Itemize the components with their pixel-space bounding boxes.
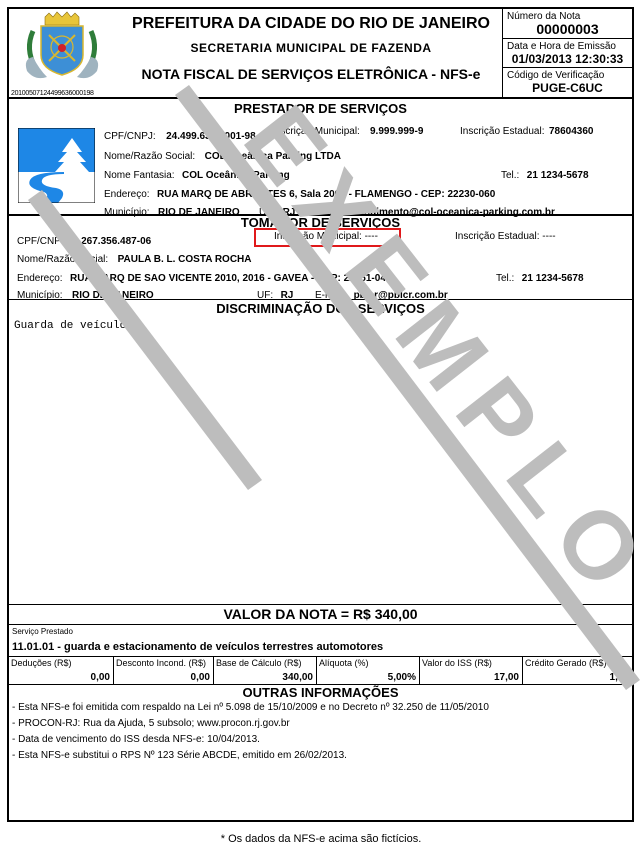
other-info-section-title: OUTRAS INFORMAÇÕES xyxy=(9,685,632,700)
provider-trade-name-label: Nome Fantasia: xyxy=(104,170,175,181)
services-description: Guarda de veículos. xyxy=(14,320,139,332)
tree-river-logo-icon xyxy=(18,128,95,203)
taker-address-label: Endereço: xyxy=(17,273,63,284)
taker-row-2: Nome/Razão Social: PAULA B. L. COSTA ROC… xyxy=(17,249,252,267)
tax-cell-value: 340,00 xyxy=(282,672,313,683)
verification-code-box: Código de Verificação PUGE-C6UC xyxy=(503,68,632,97)
provider-cnpj-label: CPF/CNPJ: xyxy=(104,131,156,142)
provider-state-reg-label: Inscrição Estadual: xyxy=(460,126,545,137)
rio-coat-of-arms-icon xyxy=(19,11,105,87)
tax-cell: Alíquota (%)5,00% xyxy=(316,657,419,684)
tax-cell-value: 1,70 xyxy=(610,672,629,683)
taker-phone: 21 1234-5678 xyxy=(522,273,584,284)
provider-company-name: COL Oceânica Parking LTDA xyxy=(205,151,341,162)
fictitious-data-note: * Os dados da NFS-e acima são fictícios. xyxy=(0,833,642,845)
provider-row-4: Endereço: RUA MARQ DE ABRANTES 6, Sala 2… xyxy=(104,184,495,202)
taker-state-reg-label: Inscrição Estadual: ---- xyxy=(455,231,556,242)
highlight-municipal-registration xyxy=(254,228,401,247)
taker-phone-label: Tel.: xyxy=(496,273,514,284)
tax-cell-label: Deduções (R$) xyxy=(11,658,72,668)
taker-cpf: 267.356.487-06 xyxy=(81,236,151,247)
note-number-value: 00000003 xyxy=(503,21,632,37)
verification-code-value: PUGE-C6UC xyxy=(503,81,632,95)
provider-company-name-label: Nome/Razão Social: xyxy=(104,151,195,162)
tax-cell-label: Alíquota (%) xyxy=(319,658,369,668)
nfse-document: 20100507124499636000198 PREFEITURA DA CI… xyxy=(7,7,634,822)
verification-code-label: Código de Verificação xyxy=(507,70,604,81)
city-coat-of-arms xyxy=(19,11,105,87)
provider-logo xyxy=(18,128,95,203)
provider-row-2: Nome/Razão Social: COL Oceânica Parking … xyxy=(104,146,341,164)
provider-state-reg: 78604360 xyxy=(549,126,594,137)
provider-address-label: Endereço: xyxy=(104,189,150,200)
tax-cell-label: Crédito Gerado (R$) xyxy=(525,658,607,668)
service-item-value: 11.01.01 - guarda e estacionamento de ve… xyxy=(12,641,383,653)
tax-cell-label: Valor do ISS (R$) xyxy=(422,658,492,668)
other-info-line: - Esta NFS-e foi emitida com respaldo na… xyxy=(12,702,489,713)
provider-row-3: Nome Fantasia: COL Oceânica Parking Tel.… xyxy=(104,165,629,179)
provider-section-title: PRESTADOR DE SERVIÇOS xyxy=(9,101,632,116)
taker-row-3: Endereço: RUA MARQ DE SAO VICENTE 2010, … xyxy=(17,268,627,282)
tax-cell-value: 17,00 xyxy=(494,672,519,683)
provider-row-1: CPF/CNPJ: 24.499.636/0001-98 Inscrição M… xyxy=(104,126,629,140)
provider-cnpj: 24.499.636/0001-98 xyxy=(166,131,256,142)
provider-municipal-reg: 9.999.999-9 xyxy=(370,126,423,137)
tax-cell-value: 0,00 xyxy=(191,672,210,683)
tax-cell: Desconto Incond. (R$)0,00 xyxy=(113,657,213,684)
taker-address: RUA MARQ DE SAO VICENTE 2010, 2016 - GAV… xyxy=(70,273,391,284)
provider-phone: 21 1234-5678 xyxy=(527,170,589,181)
provider-municipal-reg-label: Inscrição Municipal: xyxy=(272,126,360,137)
service-item-label: Serviço Prestado xyxy=(12,627,73,636)
provider-phone-label: Tel.: xyxy=(501,170,519,181)
other-info-line: - Esta NFS-e substitui o RPS Nº 123 Séri… xyxy=(12,750,347,761)
document-title: NOTA FISCAL DE SERVIÇOS ELETRÔNICA - NFS… xyxy=(119,66,503,82)
taker-state-reg: ---- xyxy=(542,231,555,242)
barcode-number: 20100507124499636000198 xyxy=(11,90,94,97)
tax-cell-label: Base de Cálculo (R$) xyxy=(216,658,302,668)
other-info-line: - Data de vencimento do ISS desda NFS-e:… xyxy=(12,734,260,745)
services-section-title: DISCRIMINAÇÃO DOS SERVIÇOS xyxy=(9,301,632,316)
provider-address: RUA MARQ DE ABRANTES 6, Sala 2009 - FLAM… xyxy=(157,189,495,200)
taker-name-label: Nome/Razão Social: xyxy=(17,254,108,265)
issue-datetime-value: 01/03/2013 12:30:33 xyxy=(503,52,632,66)
tax-cell: Crédito Gerado (R$)1,70 xyxy=(522,657,632,684)
issue-datetime-label: Data e Hora de Emissão xyxy=(507,41,616,52)
taker-name: PAULA B. L. COSTA ROCHA xyxy=(118,254,252,265)
tax-cell-label: Desconto Incond. (R$) xyxy=(116,658,206,668)
provider-trade-name: COL Oceânica Parking xyxy=(182,170,290,181)
total-value: VALOR DA NOTA = R$ 340,00 xyxy=(9,606,632,622)
issue-datetime-box: Data e Hora de Emissão 01/03/2013 12:30:… xyxy=(503,39,632,68)
note-number-box: Número da Nota 00000003 xyxy=(503,9,632,39)
other-info-line: - PROCON-RJ: Rua da Ajuda, 5 subsolo; ww… xyxy=(12,718,290,729)
tax-table: Deduções (R$)0,00Desconto Incond. (R$)0,… xyxy=(9,657,632,684)
taker-row-4: Município: RIO DE JANEIRO UF: RJ E-mail:… xyxy=(17,285,627,299)
tax-cell: Base de Cálculo (R$)340,00 xyxy=(213,657,316,684)
taker-cpf-label: CPF/CNPJ: xyxy=(17,236,69,247)
tax-cell-value: 5,00% xyxy=(388,672,416,683)
secretariat-title: SECRETARIA MUNICIPAL DE FAZENDA xyxy=(119,41,503,55)
tax-cell: Deduções (R$)0,00 xyxy=(9,657,113,684)
city-hall-title: PREFEITURA DA CIDADE DO RIO DE JANEIRO xyxy=(119,15,503,33)
tax-cell: Valor do ISS (R$)17,00 xyxy=(419,657,522,684)
tax-cell-value: 0,00 xyxy=(91,672,110,683)
